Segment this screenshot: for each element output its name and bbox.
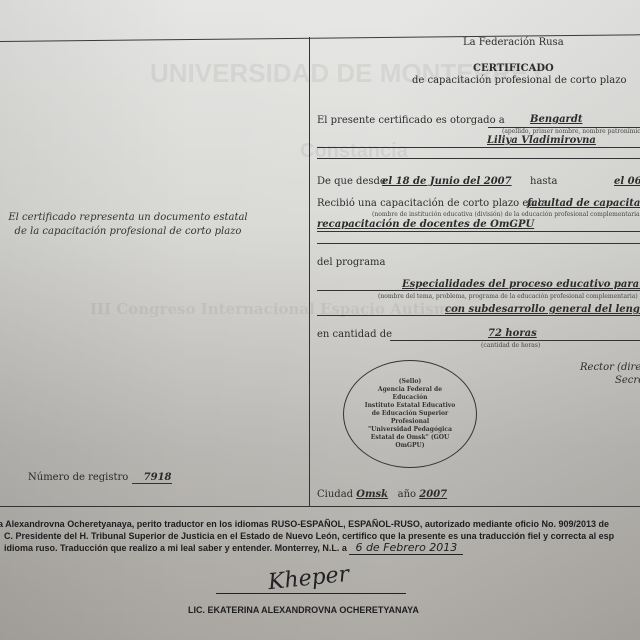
program-line1: Especialidades del proceso educativo par…	[402, 279, 640, 290]
institution-underline	[317, 231, 640, 232]
seal-line: Agencia Federal de	[378, 386, 442, 394]
hours-value: 72 horas	[488, 328, 537, 339]
program-line2-rule	[317, 315, 640, 316]
seal-line: Profesional	[391, 418, 429, 426]
certificate-subtitle: de capacitación profesional de corto pla…	[412, 75, 627, 86]
blank-line	[317, 158, 640, 159]
registration-number-row: Número de registro 7918	[28, 472, 172, 484]
city-label: Ciudad	[317, 489, 353, 500]
awarded-label: El presente certificado es otorgado a	[317, 115, 505, 126]
seal-line: "Universidad Pedagógica	[368, 426, 452, 434]
country-label: La Federación Rusa	[463, 37, 564, 48]
translation-line-2: C. Presidente del H. Tribunal Superior d…	[0, 530, 640, 542]
program-hint: (nombre del tema, problema, programa de …	[378, 293, 638, 300]
seal-line: Instituto Estatal Educativo	[365, 402, 455, 410]
city-value: Omsk	[356, 489, 388, 500]
center-divider	[309, 37, 310, 507]
name-hint: (apellido, primer nombre, nombre patroní…	[502, 128, 640, 135]
from-label: De que desde	[317, 176, 386, 187]
registration-number: 7918	[132, 472, 172, 484]
program-label: del programa	[317, 257, 386, 268]
program-line2: con subdesarrollo general del lenguaje	[445, 304, 640, 315]
translator-certification: a Alexandrovna Ocheretyanaya, perito tra…	[0, 518, 640, 554]
until-date: el 06	[614, 176, 640, 187]
surname-value: Bengardt	[530, 114, 582, 125]
year-value: 2007	[419, 489, 447, 500]
given-names-value: Liliya Vladimirovna	[487, 135, 596, 146]
institution-blank-line	[317, 243, 640, 244]
seal-line: de Educación Superior	[372, 410, 448, 418]
certificate-title: CERTIFICADO	[473, 63, 554, 74]
until-label: hasta	[530, 176, 558, 187]
translation-line-3: idioma ruso. Traducción que realizo a mi…	[4, 543, 347, 553]
seal-line: OmGPU)	[395, 442, 424, 450]
given-names-line	[317, 147, 640, 148]
translation-line-1: a Alexandrovna Ocheretyanaya, perito tra…	[0, 518, 640, 530]
institution-hint: (nombre de institución educativa (divisi…	[372, 211, 640, 218]
seal-line: Estatal de Omsk" (GOU	[371, 434, 450, 442]
translator-signature: Kheper	[267, 562, 350, 595]
hours-hint: (cantidad de horas)	[481, 342, 540, 349]
hours-rule	[390, 340, 640, 341]
ghost-constancia: Constancia	[300, 140, 408, 163]
institution-line2: recapacitación de docentes de OmGPU	[317, 219, 534, 230]
rector-label: Rector (director)	[580, 362, 640, 373]
secretary-label: Secretario	[615, 375, 640, 386]
city-year-row: Ciudad Omsk año 2007	[317, 489, 447, 500]
seal-line: Educación	[393, 394, 428, 402]
received-label: Recibió una capacitación de corto plazo …	[317, 198, 547, 209]
official-seal: (Sello) Agencia Federal de Educación Ins…	[343, 360, 477, 468]
seal-line: (Sello)	[399, 378, 421, 386]
institution-line1: facultad de capacitación	[527, 198, 640, 209]
registration-label: Número de registro	[28, 472, 128, 483]
from-date: el 18 de Junio del 2007	[382, 176, 512, 187]
bottom-rule	[0, 506, 640, 507]
year-label: año	[398, 489, 416, 500]
signer-name: LIC. EKATERINA ALEXANDROVNA OCHERETYANAY…	[188, 605, 419, 615]
program-line1-rule	[317, 290, 640, 291]
certificate-statement: El certificado representa un documento e…	[8, 211, 248, 239]
signature-line	[216, 593, 406, 594]
handwritten-date: 6 de Febrero 2013	[349, 541, 463, 555]
hours-label: en cantidad de	[317, 329, 392, 340]
